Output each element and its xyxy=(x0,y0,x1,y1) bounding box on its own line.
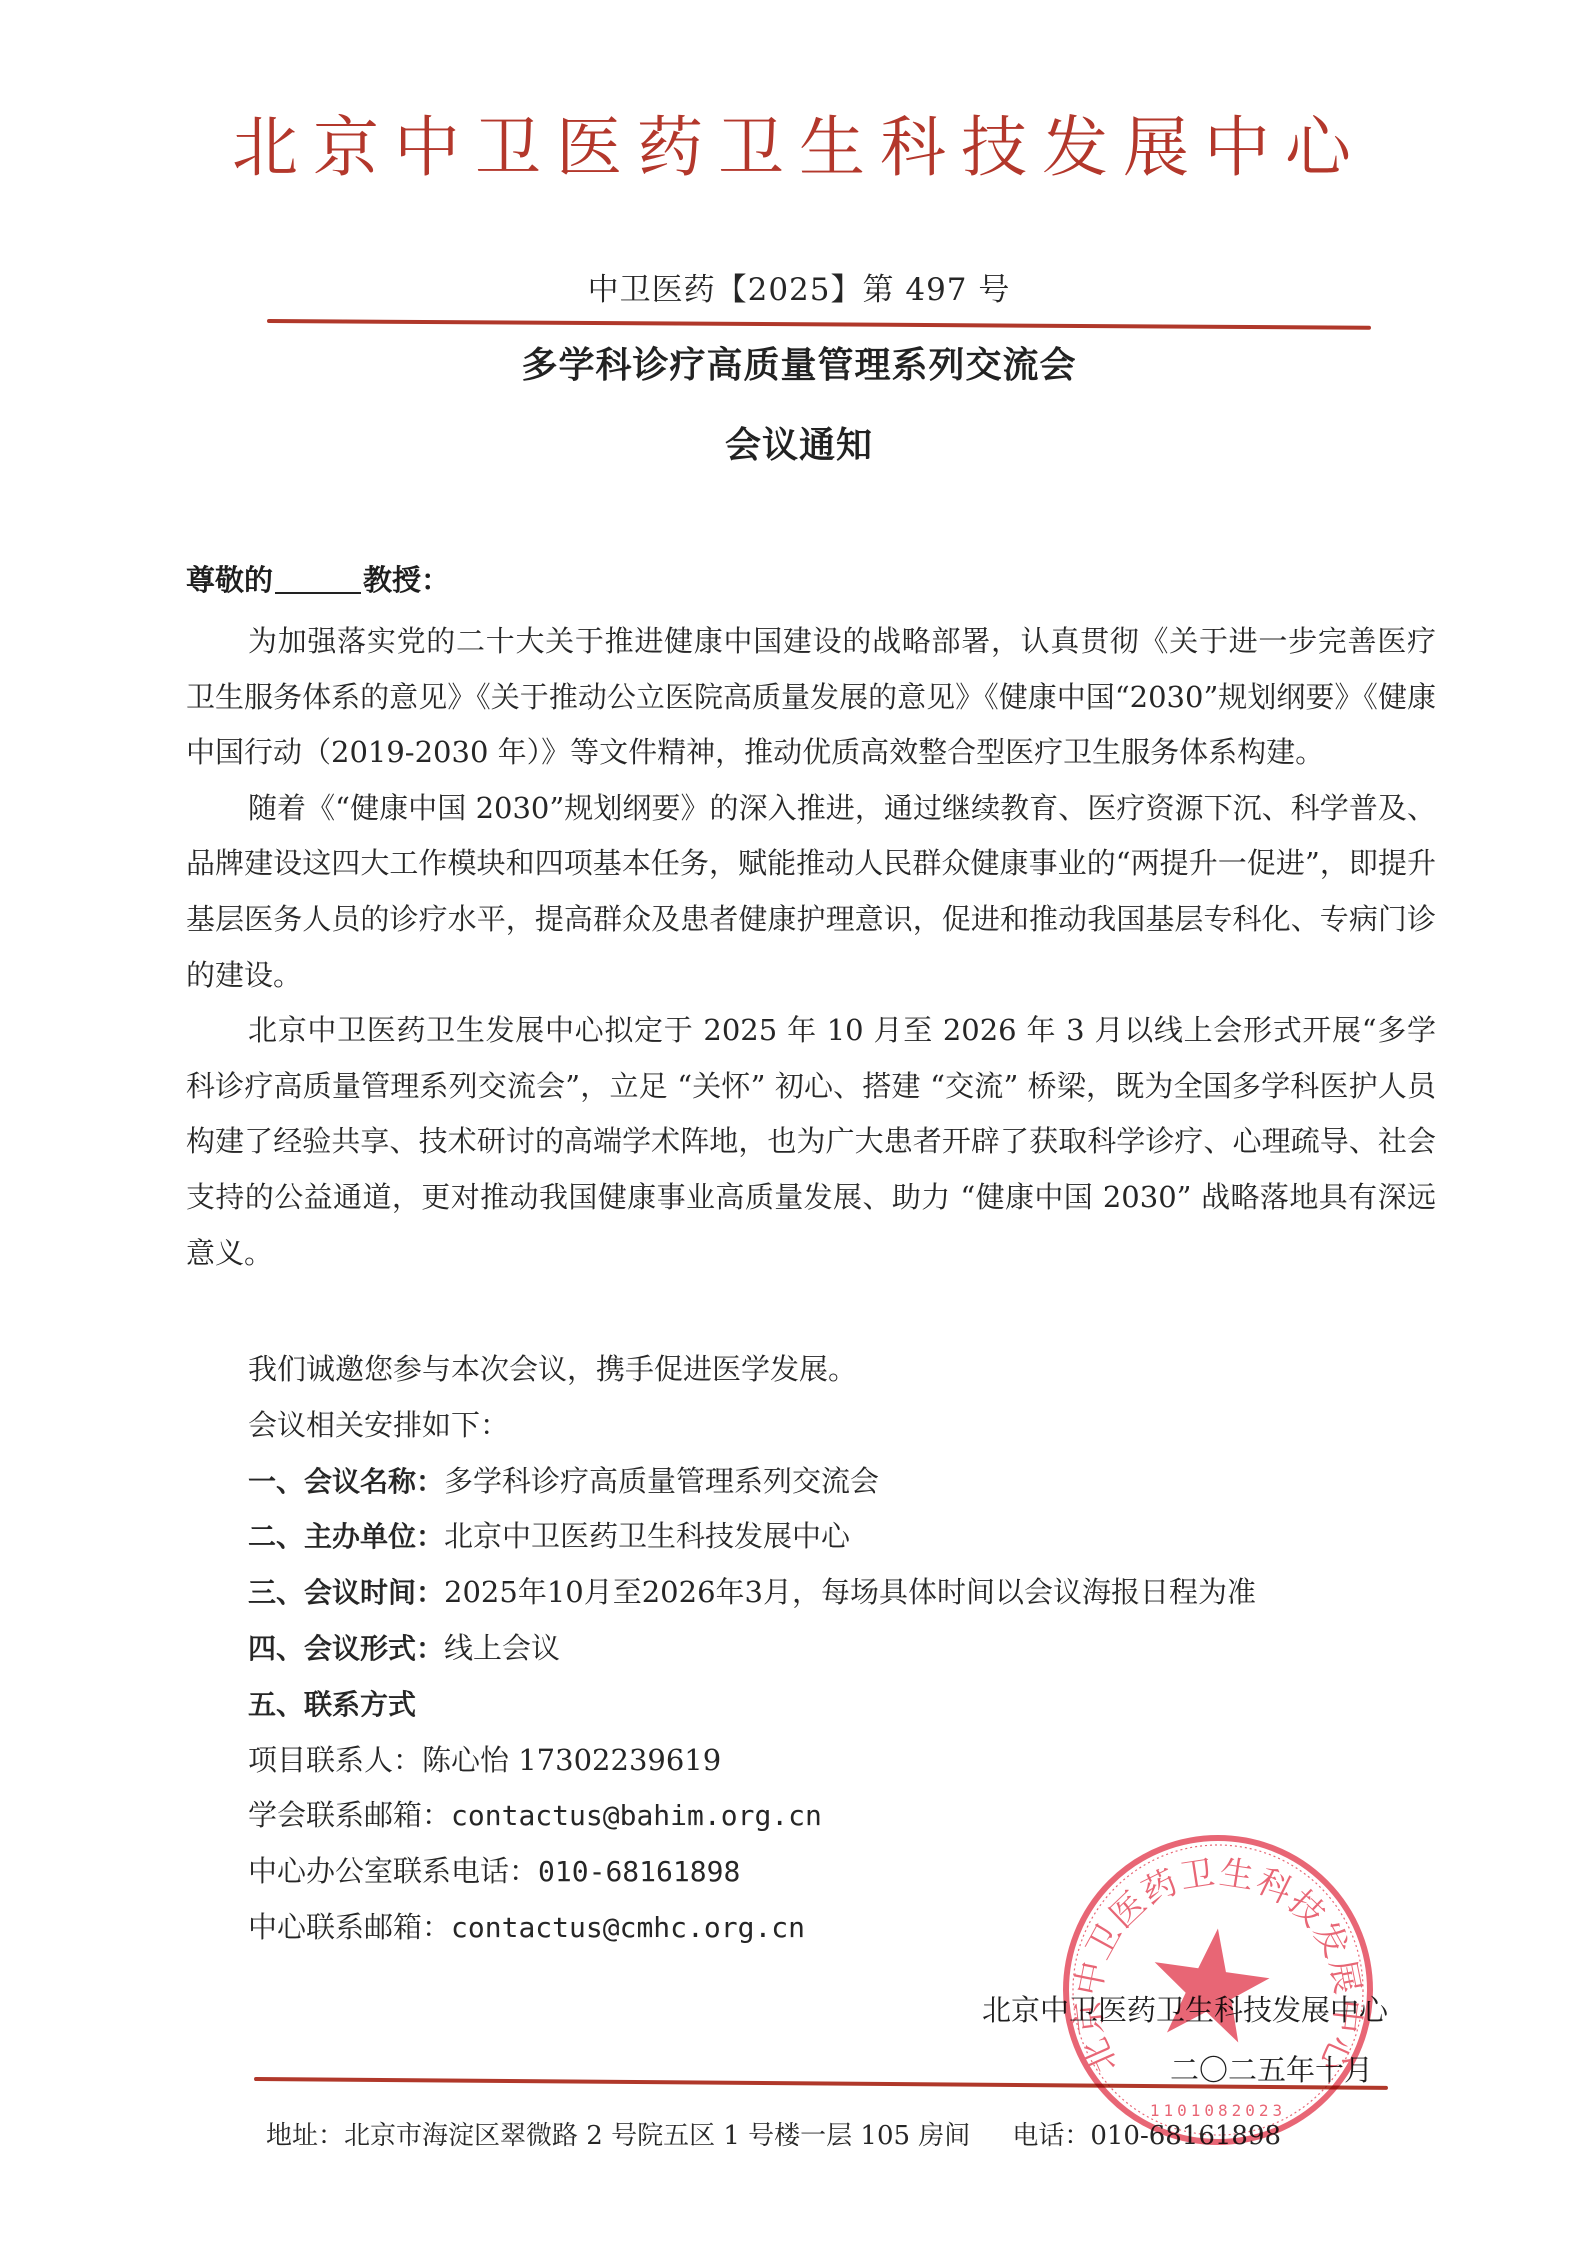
arrangement-label: 五、联系方式 xyxy=(248,1688,416,1721)
arrangement-label: 一、会议名称： xyxy=(248,1465,444,1498)
contact-email-link[interactable]: contactus@cmhc.org.cn xyxy=(451,1911,805,1944)
paragraph: 随着《“健康中国 2030”规划纲要》的深入推进，通过继续教育、医疗资源下沉、科… xyxy=(186,781,1436,1003)
contact-center-email: 中心联系邮箱：contactus@cmhc.org.cn xyxy=(186,1900,1436,1956)
signature-org: 北京中卫医药卫生科技发展中心 xyxy=(982,1988,1388,2032)
contact-phone: 010-68161898 xyxy=(538,1855,740,1888)
letterhead-org-name: 北京中卫医药卫生科技发展中心 xyxy=(0,104,1588,192)
salutation: 尊敬的教授： xyxy=(186,558,450,602)
notice-subtitle: 会议通知 xyxy=(0,420,1588,472)
paragraph: 北京中卫医药卫生发展中心拟定于 2025 年 10 月至 2026 年 3 月以… xyxy=(186,1003,1436,1281)
contact-society-email: 学会联系邮箱：contactus@bahim.org.cn xyxy=(186,1788,1436,1844)
arrangement-value: 北京中卫医药卫生科技发展中心 xyxy=(444,1519,850,1553)
arrangement-item-format: 四、会议形式：线上会议 xyxy=(186,1621,1436,1677)
arrangements-section: 我们诚邀您参与本次会议，携手促进医学发展。 会议相关安排如下： 一、会议名称：多… xyxy=(186,1342,1436,1956)
arrangement-value: 线上会议 xyxy=(444,1631,560,1665)
arrangement-value: 多学科诊疗高质量管理系列交流会 xyxy=(444,1464,879,1498)
contact-label: 项目联系人： xyxy=(248,1743,422,1777)
arrangement-label: 二、主办单位： xyxy=(248,1520,444,1553)
contact-label: 学会联系邮箱： xyxy=(248,1798,451,1832)
contact-email-link[interactable]: contactus@bahim.org.cn xyxy=(451,1799,822,1832)
document-number: 中卫医药【2025】第 497 号 xyxy=(0,268,1588,312)
arrangement-item-name: 一、会议名称：多学科诊疗高质量管理系列交流会 xyxy=(186,1454,1436,1510)
arrangement-item-organizer: 二、主办单位：北京中卫医药卫生科技发展中心 xyxy=(186,1509,1436,1565)
contact-label: 中心办公室联系电话： xyxy=(248,1854,538,1888)
notice-title: 多学科诊疗高质量管理系列交流会 xyxy=(0,340,1588,392)
contact-person: 项目联系人：陈心怡 17302239619 xyxy=(186,1733,1436,1789)
arrangement-intro: 会议相关安排如下： xyxy=(186,1398,1436,1454)
paragraph: 为加强落实党的二十大关于推进健康中国建设的战略部署，认真贯彻《关于进一步完善医疗… xyxy=(186,614,1436,781)
footer-address: 地址：北京市海淀区翠微路 2 号院五区 1 号楼一层 105 房间 xyxy=(266,2121,970,2151)
arrangement-label: 四、会议形式： xyxy=(248,1632,444,1665)
header-divider xyxy=(267,319,1371,330)
arrangement-item-time: 三、会议时间：2025年10月至2026年3月，每场具体时间以会议海报日程为准 xyxy=(186,1565,1436,1621)
arrangement-item-contact: 五、联系方式 xyxy=(186,1677,1436,1733)
name-blank xyxy=(275,562,361,594)
footer-phone: 电话：010-68161898 xyxy=(1012,2121,1281,2151)
contact-office-phone: 中心办公室联系电话：010-68161898 xyxy=(186,1844,1436,1900)
salutation-prefix: 尊敬的 xyxy=(186,563,273,597)
contact-value: 陈心怡 17302239619 xyxy=(422,1743,721,1777)
arrangement-label: 三、会议时间： xyxy=(248,1576,444,1609)
salutation-suffix: 教授： xyxy=(363,563,450,597)
notice-body: 为加强落实党的二十大关于推进健康中国建设的战略部署，认真贯彻《关于进一步完善医疗… xyxy=(186,614,1436,1281)
arrangement-value: 2025年10月至2026年3月，每场具体时间以会议海报日程为准 xyxy=(444,1575,1256,1609)
invitation-text: 我们诚邀您参与本次会议，携手促进医学发展。 xyxy=(186,1342,1436,1398)
contact-label: 中心联系邮箱： xyxy=(248,1910,451,1944)
footer-contact: 地址：北京市海淀区翠微路 2 号院五区 1 号楼一层 105 房间电话：010-… xyxy=(266,2116,1281,2156)
signature-date: 二〇二五年十月 xyxy=(1170,2048,1373,2092)
